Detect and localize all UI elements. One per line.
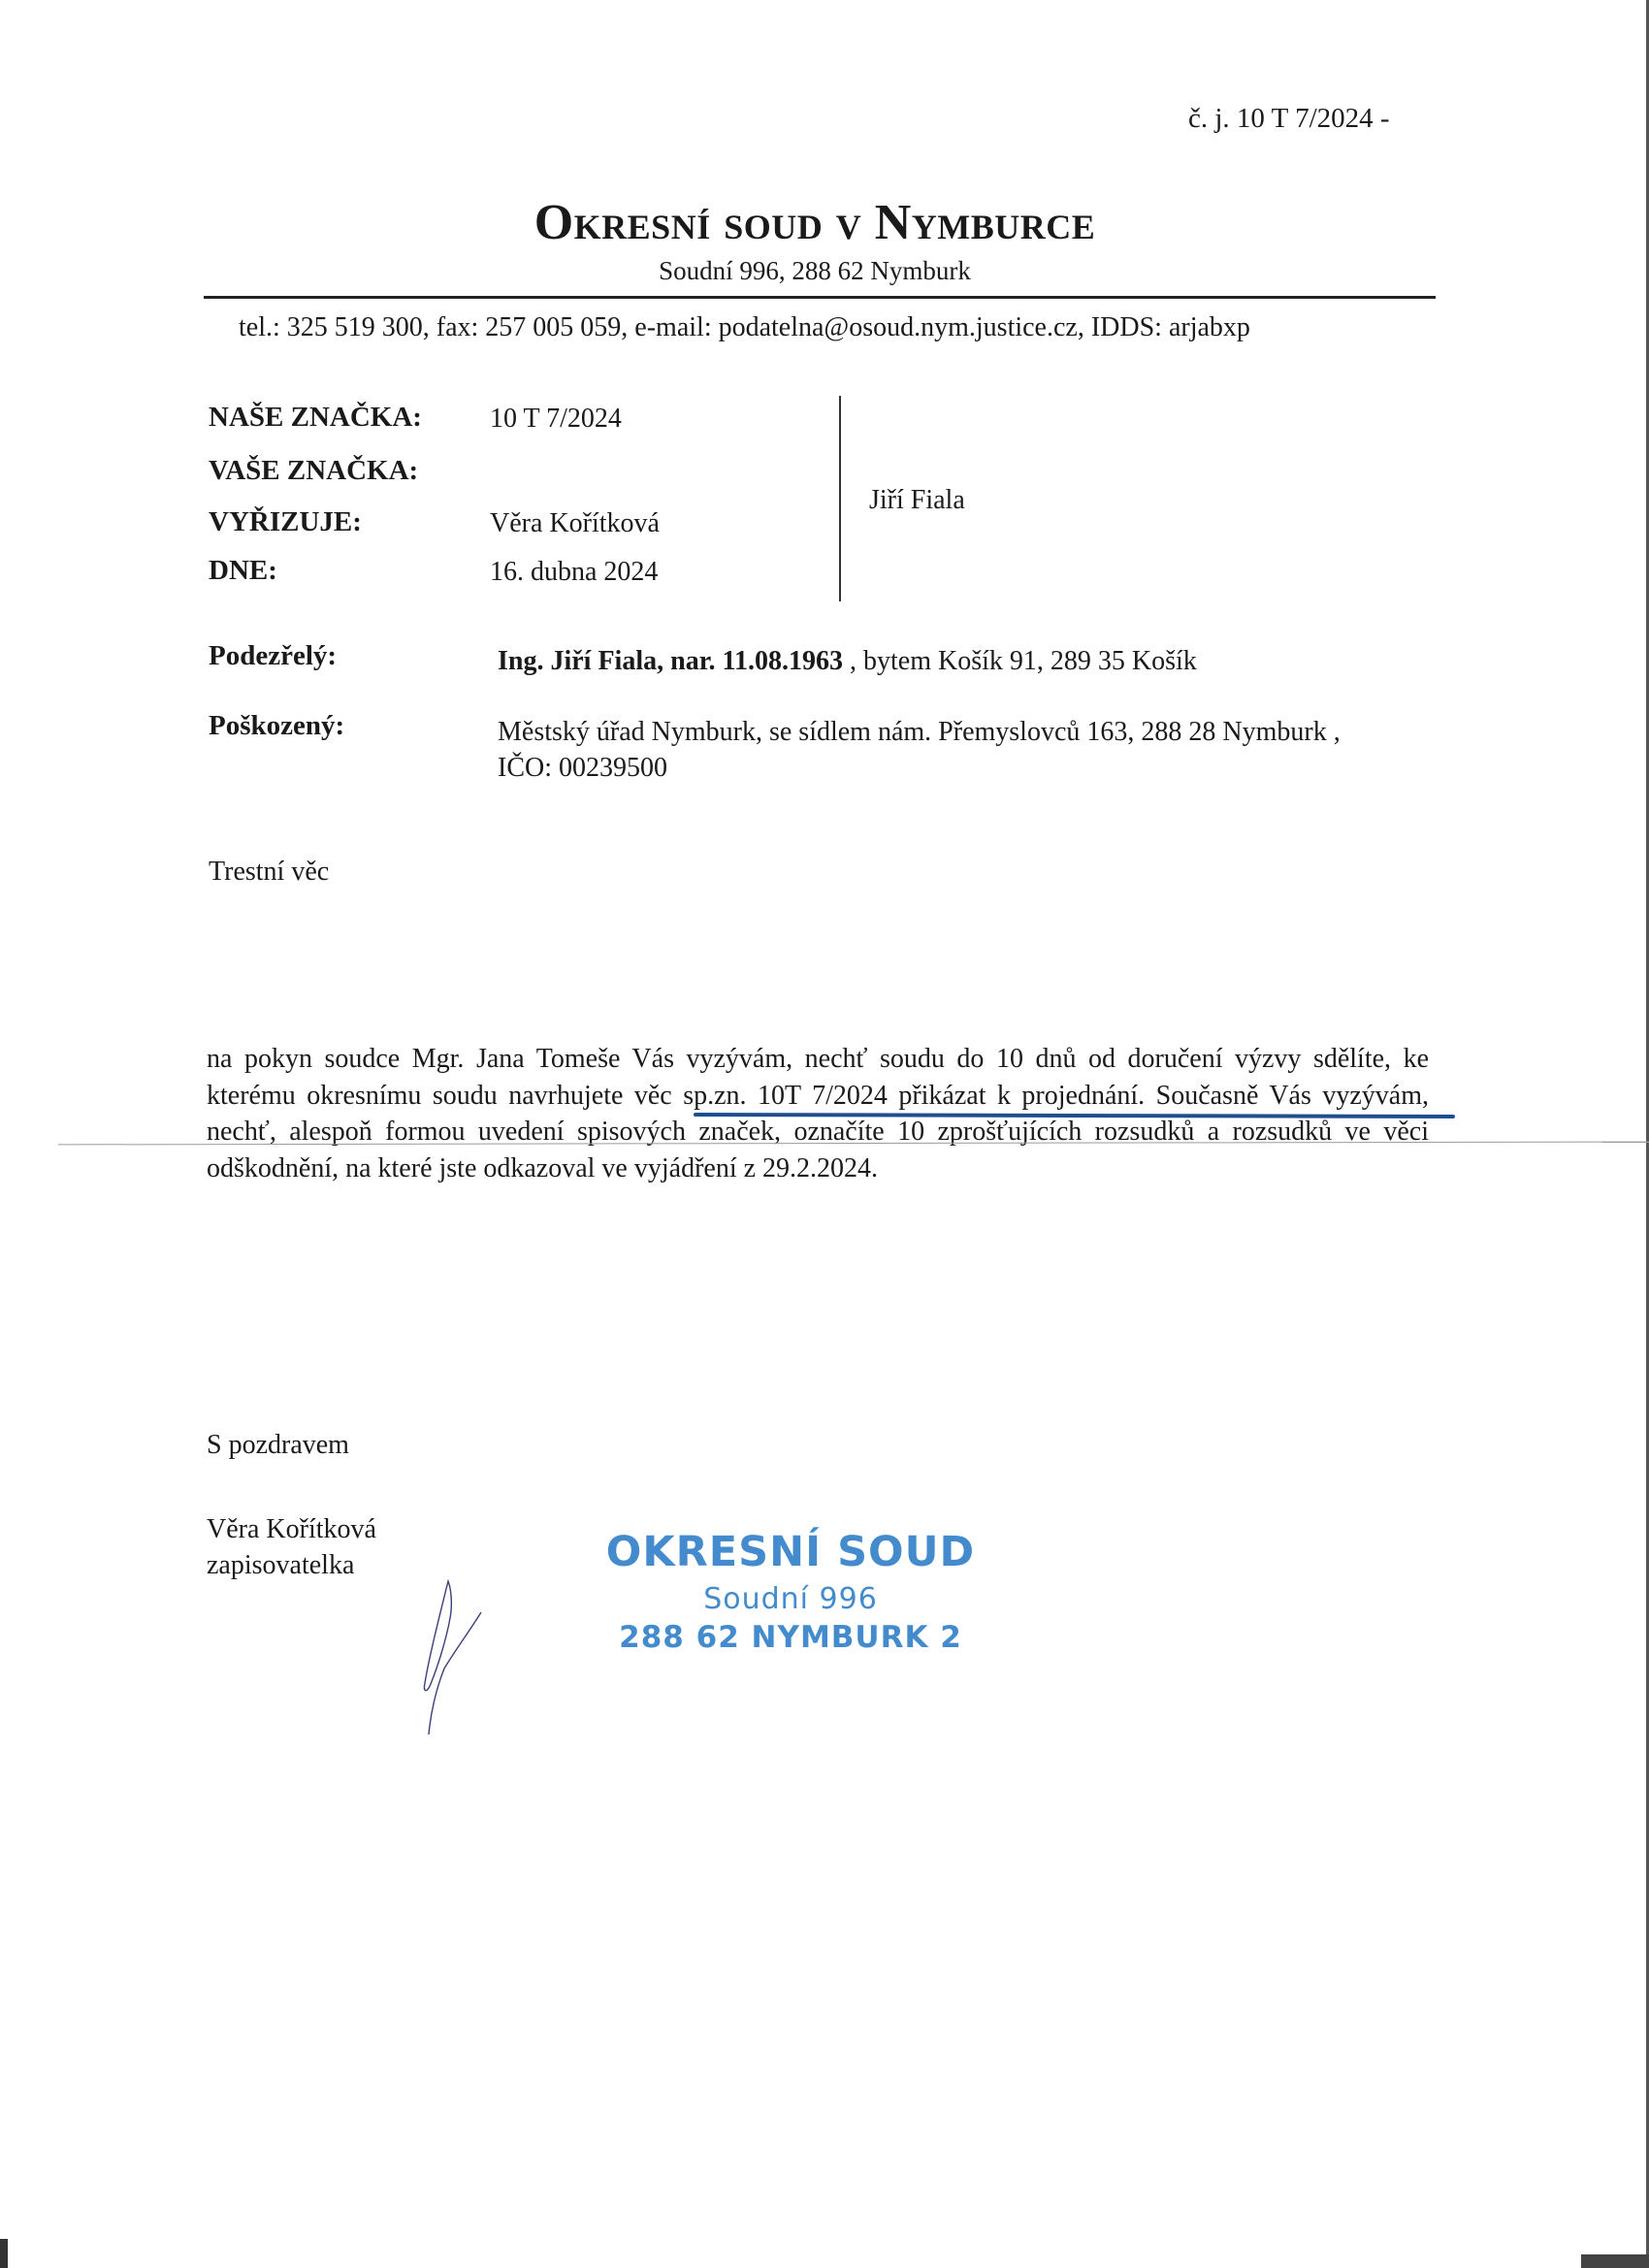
stamp-line-city: 288 62 NYMBURK 2	[597, 1620, 985, 1655]
meta-value-date: 16. dubna 2024	[490, 557, 658, 588]
suspect-details: Ing. Jiří Fiala, nar. 11.08.1963 , bytem…	[498, 643, 1371, 679]
meta-label-your-ref: VAŠE ZNAČKA:	[209, 455, 418, 487]
court-contact: tel.: 325 519 300, fax: 257 005 059, e-m…	[239, 312, 1250, 343]
meta-value-our-ref: 10 T 7/2024	[490, 404, 622, 435]
injured-details: Městský úřad Nymburk, se sídlem nám. Pře…	[498, 714, 1351, 786]
court-name: Okresní soud v Nymburce	[0, 194, 1630, 251]
scan-edge	[1581, 2254, 1649, 2268]
meta-label-date: DNE:	[209, 555, 277, 587]
scan-edge	[0, 2239, 8, 2268]
meta-value-handled-by: Věra Kořítková	[490, 508, 660, 539]
matter-heading: Trestní věc	[209, 857, 329, 888]
court-address: Soudní 996, 288 62 Nymburk	[0, 256, 1630, 286]
signer-role: zapisovatelka	[207, 1550, 354, 1581]
suspect-name: Ing. Jiří Fiala, nar. 11.08.1963	[498, 646, 843, 676]
closing-greeting: S pozdravem	[207, 1430, 349, 1461]
meta-label-our-ref: NAŠE ZNAČKA:	[209, 402, 422, 434]
meta-divider	[839, 396, 841, 601]
stamp-line-street: Soudní 996	[597, 1582, 985, 1616]
signer-name: Věra Kořítková	[207, 1514, 376, 1545]
reference-number: č. j. 10 T 7/2024 -	[1188, 103, 1390, 135]
stamp-line-court: OKRESNÍ SOUD	[597, 1528, 985, 1576]
signature-icon	[417, 1571, 514, 1736]
suspect-address: , bytem Košík 91, 289 35 Košík	[843, 646, 1197, 676]
recipient-name: Jiří Fiala	[869, 485, 965, 516]
meta-label-handled-by: VYŘIZUJE:	[209, 506, 362, 538]
suspect-label: Podezřelý:	[209, 640, 337, 672]
court-stamp: OKRESNÍ SOUD Soudní 996 288 62 NYMBURK 2	[597, 1528, 985, 1655]
injured-label: Poškozený:	[209, 710, 344, 742]
header-divider	[204, 296, 1436, 299]
